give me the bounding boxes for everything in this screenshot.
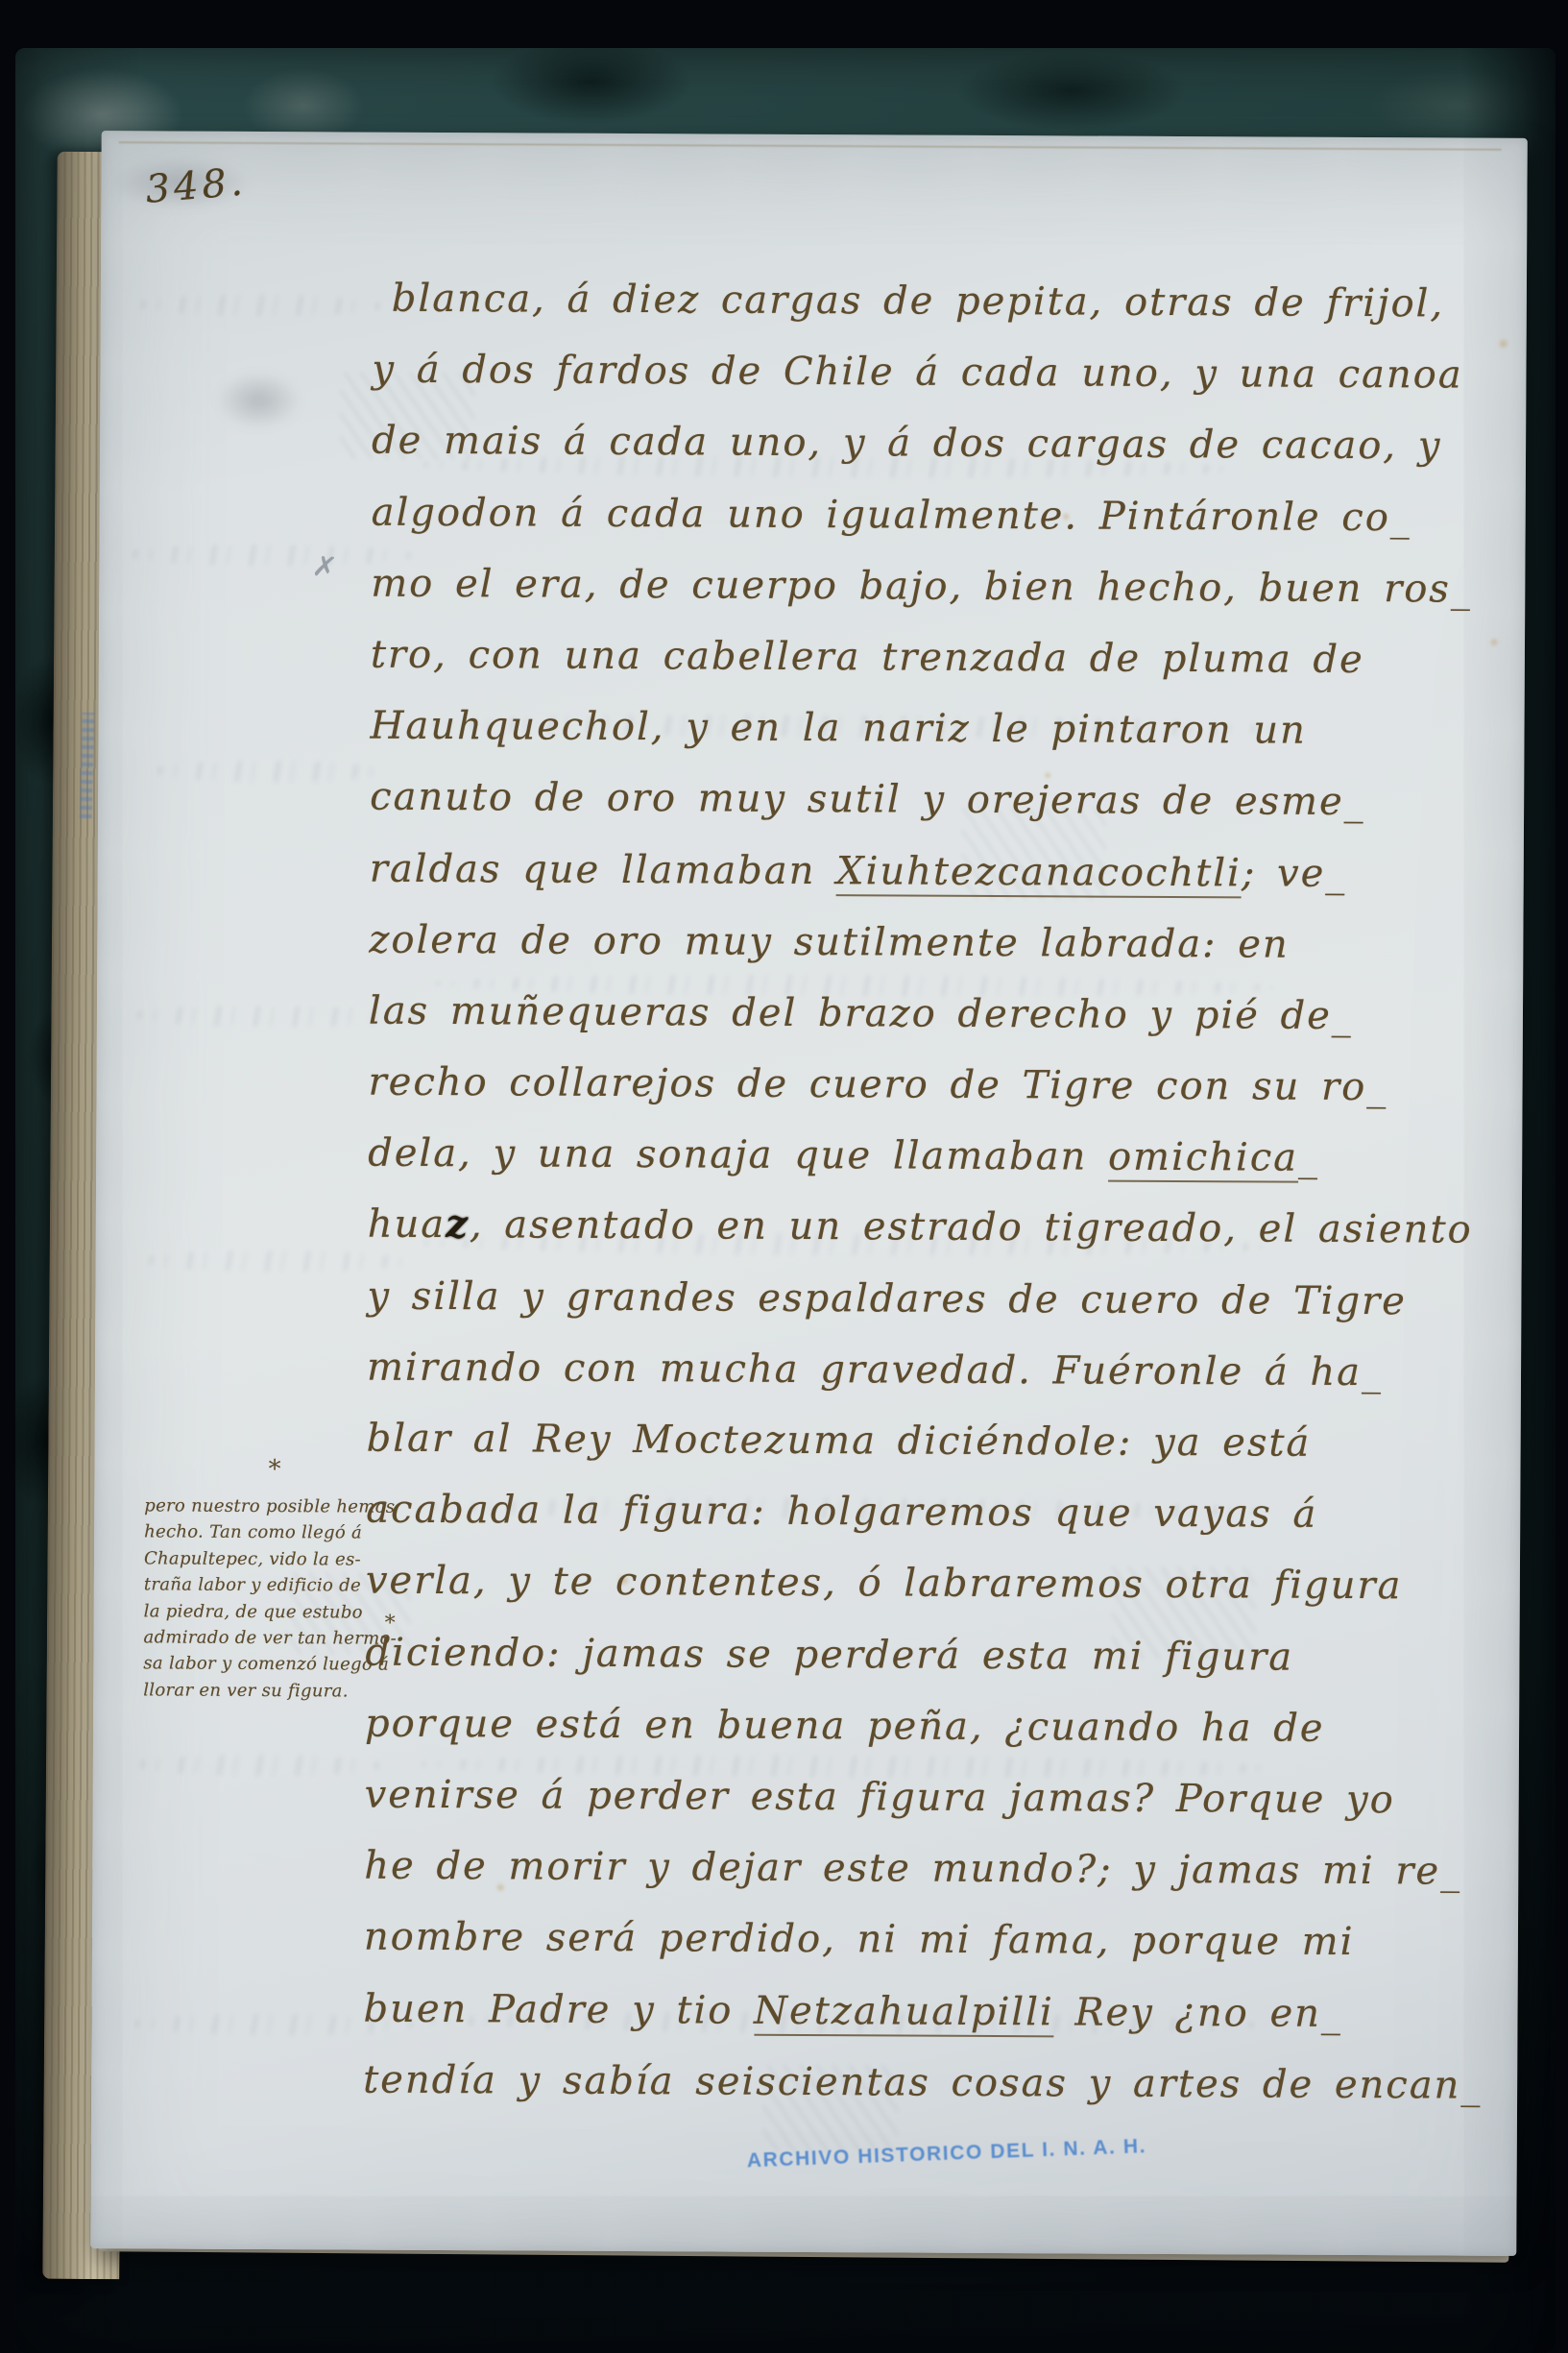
text-segment: las muñequeras del brazo derecho y pié d… <box>369 988 1353 1037</box>
manuscript-line: dela, y una sonaja que llamaban omichica… <box>368 1118 1510 1195</box>
text-segment: canuto de oro muy sutil y orejeras de es… <box>370 775 1365 824</box>
margin-note-line: traña labor y edificio de <box>144 1572 422 1600</box>
margin-note-line: sa labor y comenzó luego á <box>143 1651 422 1679</box>
text-segment: zolera de oro muy sutilmente labrada: en <box>369 917 1290 966</box>
text-segment: recho collarejos de cuero de Tigre con s… <box>368 1060 1387 1110</box>
manuscript-line: de mais á cada uno, y á dos cargas de ca… <box>372 405 1514 482</box>
text-segment: dela, y una sonaja que llamaban <box>368 1131 1108 1179</box>
text-segment: tendía y sabía seiscientas cosas y artes… <box>363 2057 1482 2107</box>
text-segment: omichica <box>1108 1135 1298 1183</box>
manuscript-page: 348. ✗ blanca, á diez cargas de pepita, … <box>90 131 1528 2256</box>
text-segment: mo el era, de cuerpo bajo, bien hecho, b… <box>371 561 1472 611</box>
text-segment: blanca, á diez cargas de pepita, otras d… <box>392 277 1444 327</box>
margin-note-line: pero nuestro posible hemos <box>144 1492 422 1520</box>
manuscript-line: venirse á perder esta figura jamas? Porq… <box>365 1759 1508 1836</box>
manuscript-line: nombre será perdido, ni mi fama, porque … <box>364 1902 1507 1978</box>
manuscript-line: algodon á cada uno igualmente. Pintáronl… <box>372 476 1514 553</box>
text-segment: _ <box>1298 1136 1319 1180</box>
margin-note-end-asterisk: * <box>385 1612 396 1636</box>
margin-note-line: Chapultepec, vido la es- <box>144 1545 422 1573</box>
text-segment: tro, con una cabellera trenzada de pluma… <box>371 633 1364 682</box>
text-segment: venirse á perder esta figura jamas? Porq… <box>365 1773 1395 1823</box>
text-segment: y á dos fardos de Chile á cada uno, y un… <box>372 348 1462 398</box>
manuscript-line: las muñequeras del brazo derecho y pié d… <box>369 975 1511 1052</box>
text-segment: hua <box>368 1202 446 1247</box>
bleedthrough-mark <box>134 294 384 316</box>
text-segment: he de morir y dejar este mundo?; y jamas… <box>364 1844 1461 1894</box>
manuscript-line: tendía y sabía seiscientas cosas y artes… <box>363 2044 1506 2121</box>
manuscript-line: recho collarejos de cuero de Tigre con s… <box>368 1047 1510 1124</box>
manuscript-line: huaz, asentado en un estrado tigreado, e… <box>368 1189 1510 1266</box>
manuscript-line: Hauhquechol, y en la nariz le pintaron u… <box>370 691 1512 767</box>
text-segment: Hauhquechol, y en la nariz le pintaron u… <box>370 704 1307 753</box>
text-segment: algodon á cada uno igualmente. Pintáronl… <box>372 490 1411 540</box>
text-segment: mirando con mucha gravedad. Fuéronle á h… <box>367 1345 1383 1395</box>
manuscript-line: verla, y te contentes, ó labraremos otra… <box>366 1545 1508 1622</box>
margin-note-line: llorar en ver su figura. <box>143 1677 422 1705</box>
page-top-edge-line <box>119 141 1502 151</box>
manuscript-line: diciendo: jamas se perderá esta mi figur… <box>365 1616 1508 1693</box>
margin-note-line: admirado de ver tan hermo- <box>143 1624 422 1652</box>
manuscript-line: porque está en buena peña, ¿cuando ha de <box>365 1687 1508 1764</box>
pencil-cross-mark: ✗ <box>310 549 339 586</box>
manuscript-line: raldas que llamaban Xiuhtezcanacochtli; … <box>370 833 1512 910</box>
text-segment: y silla y grandes espaldares de cuero de… <box>367 1274 1407 1323</box>
manuscript-line: mirando con mucha gravedad. Fuéronle á h… <box>367 1331 1509 1408</box>
text-segment: raldas que llamaban <box>370 846 837 893</box>
text-segment: acabada la figura: holgaremos que vayas … <box>366 1488 1317 1537</box>
text-segment: nombre será perdido, ni mi fama, porque … <box>364 1915 1355 1964</box>
manuscript-line: canuto de oro muy sutil y orejeras de es… <box>370 762 1512 838</box>
manuscript-line: zolera de oro muy sutilmente labrada: en <box>369 904 1511 981</box>
margin-note: pero nuestro posible hemoshecho. Tan com… <box>143 1492 422 1705</box>
margin-note-asterisk: * <box>268 1455 280 1484</box>
text-segment: Rey ¿no en_ <box>1054 1990 1343 2036</box>
manuscript-line: he de morir y dejar este mundo?; y jamas… <box>364 1831 1507 1907</box>
text-segment: ; ve_ <box>1242 851 1347 896</box>
manuscript-line: acabada la figura: holgaremos que vayas … <box>366 1474 1508 1551</box>
manuscript-body-text: blanca, á diez cargas de pepita, otras d… <box>363 263 1515 2122</box>
text-segment: Xiuhtezcanacochtli <box>836 849 1242 898</box>
margin-note-line: la piedra, de que estubo <box>144 1598 422 1626</box>
text-segment: diciendo: jamas se perderá esta mi figur… <box>365 1630 1293 1679</box>
text-segment: verla, y te contentes, ó labraremos otra… <box>366 1559 1403 1609</box>
manuscript-line: blanca, á diez cargas de pepita, otras d… <box>373 263 1515 340</box>
bleedthrough-mark <box>133 1754 383 1776</box>
manuscript-line: blar al Rey Moctezuma diciéndole: ya est… <box>366 1403 1508 1480</box>
folio-number: 348. <box>144 159 248 211</box>
text-segment: porque está en buena peña, ¿cuando ha de <box>365 1701 1325 1750</box>
manuscript-line: y silla y grandes espaldares de cuero de… <box>367 1260 1509 1337</box>
scanned-book-photo: 348. ✗ blanca, á diez cargas de pepita, … <box>0 0 1568 2353</box>
text-segment: buen Padre y tio <box>363 1986 754 2032</box>
text-segment: blar al Rey Moctezuma diciéndole: ya est… <box>367 1417 1312 1466</box>
bleedthrough-mark <box>151 760 381 782</box>
text-segment: Netzahualpilli <box>754 1988 1054 2037</box>
text-segment: , asentado en un estrado tigreado, el as… <box>470 1203 1473 1252</box>
manuscript-line: y á dos fardos de Chile á cada uno, y un… <box>372 334 1514 411</box>
pencil-smudge <box>215 372 302 429</box>
margin-note-line: hecho. Tan como llegó á <box>144 1519 422 1547</box>
manuscript-line: buen Padre y tio Netzahualpilli Rey ¿no … <box>363 1973 1506 2050</box>
text-segment: z <box>446 1201 470 1247</box>
text-segment: de mais á cada uno, y á dos cargas de ca… <box>372 419 1442 469</box>
manuscript-line: mo el era, de cuerpo bajo, bien hecho, b… <box>371 547 1513 624</box>
manuscript-line: tro, con una cabellera trenzada de pluma… <box>371 619 1513 696</box>
